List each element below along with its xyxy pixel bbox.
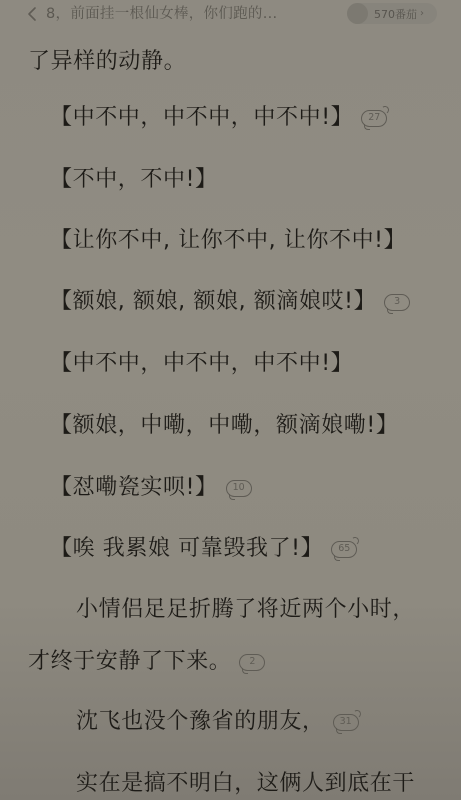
paragraph-text: 了异样的动静。: [28, 48, 186, 76]
chevron-right-icon: ›: [420, 8, 424, 19]
reader-page: 8，前面挂一根仙女棒，你们跑的... 570番茄 › 了异样的动静。 【中不中，…: [0, 0, 461, 800]
paragraph-text: 小情侣足足折腾了将近两个小时，: [76, 596, 415, 624]
chapter-title[interactable]: 8，前面挂一根仙女棒，你们跑的...: [46, 4, 277, 24]
paragraph-comment-bubble[interactable]: 65: [331, 541, 357, 558]
paragraph: 【额娘，中嘞，中嘞，额滴娘嘞!】: [50, 412, 398, 440]
paragraph: 【唉 我累娘 可靠毁我了!】 65: [50, 535, 357, 563]
paragraph: 了异样的动静。: [28, 48, 186, 76]
paragraph-text: 【让你不中, 让你不中, 让你不中!】: [50, 227, 406, 255]
paragraph: 【让你不中, 让你不中, 让你不中!】: [50, 227, 406, 255]
paragraph: 【中不中，中不中，中不中!】: [50, 350, 353, 378]
paragraph-text: 实在是搞不明白，这俩人到底在干: [76, 770, 415, 798]
paragraph: 才终于安静了下来。 2: [28, 648, 265, 676]
paragraph-text: 【不中，不中!】: [50, 166, 218, 194]
paragraph: 沈飞也没个豫省的朋友， 31: [76, 708, 359, 736]
paragraph-comment-bubble[interactable]: 27: [361, 110, 387, 127]
paragraph-text: 【中不中，中不中，中不中!】: [50, 104, 353, 132]
chevron-left-icon[interactable]: [27, 6, 41, 22]
paragraph: 小情侣足足折腾了将近两个小时，: [76, 596, 415, 624]
paragraph-comment-bubble[interactable]: 2: [239, 654, 265, 671]
paragraph: 【不中，不中!】: [50, 166, 218, 194]
paragraph-text: 【额娘, 额娘, 额娘, 额滴娘哎!】: [50, 288, 376, 316]
paragraph: 【中不中，中不中，中不中!】 27: [50, 104, 387, 132]
avatar: [347, 3, 368, 24]
paragraph-comment-bubble[interactable]: 31: [333, 714, 359, 731]
reader-header: 8，前面挂一根仙女棒，你们跑的... 570番茄 ›: [0, 0, 461, 28]
paragraph: 实在是搞不明白，这俩人到底在干: [76, 770, 415, 798]
paragraph-text: 【中不中，中不中，中不中!】: [50, 350, 353, 378]
paragraph-text: 才终于安静了下来。: [28, 648, 231, 676]
paragraph-text: 【额娘，中嘞，中嘞，额滴娘嘞!】: [50, 412, 398, 440]
paragraph-comment-bubble[interactable]: 3: [384, 294, 410, 311]
paragraph-comment-bubble[interactable]: 10: [226, 480, 252, 497]
paragraph: 【怼嘞瓷实呗!】 10: [50, 474, 252, 502]
paragraph: 【额娘, 额娘, 额娘, 额滴娘哎!】 3: [50, 288, 410, 316]
paragraph-text: 【唉 我累娘 可靠毁我了!】: [50, 535, 323, 563]
paragraph-text: 沈飞也没个豫省的朋友，: [76, 708, 325, 736]
reward-badge-button[interactable]: 570番茄 ›: [347, 3, 437, 24]
paragraph-text: 【怼嘞瓷实呗!】: [50, 474, 218, 502]
reward-badge-label: 570番茄: [374, 6, 417, 22]
